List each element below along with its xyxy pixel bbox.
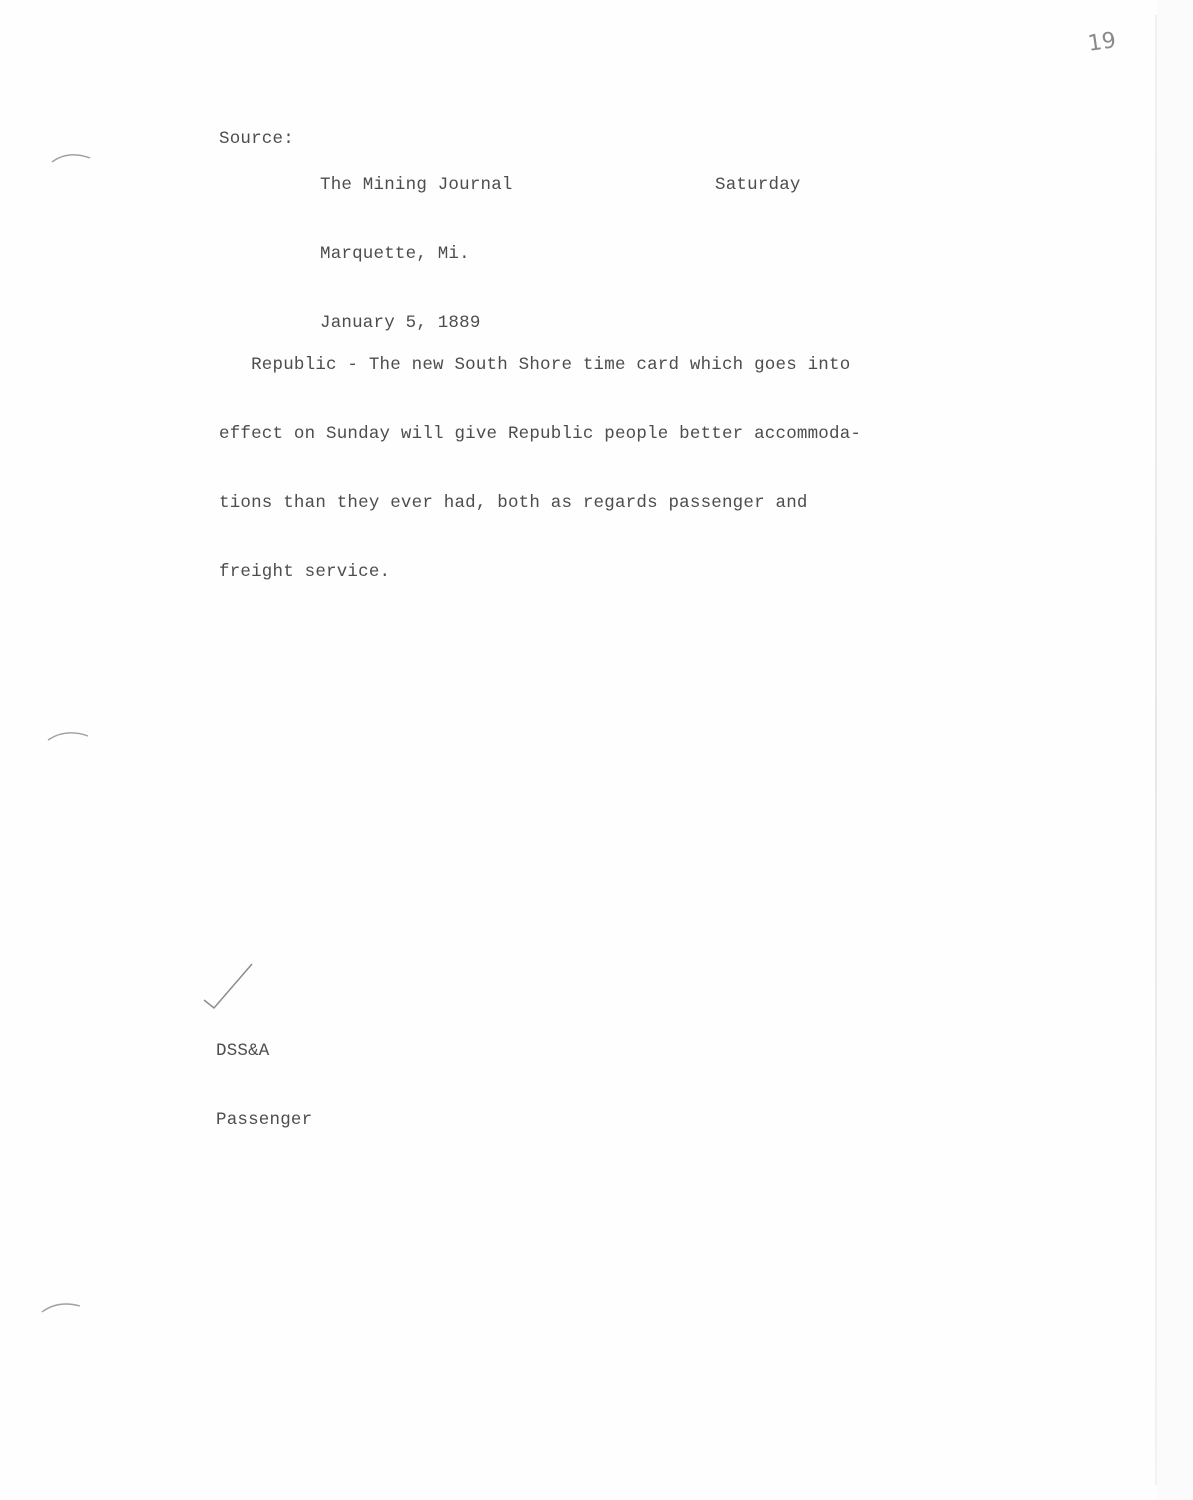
page-edge-strip [1157, 0, 1193, 1500]
document-page: 19 Source: The Mining Journal Marquette,… [0, 0, 1193, 1500]
handwritten-page-number: 19 [1086, 28, 1117, 57]
tag-railroad: DSS&A [216, 1040, 312, 1063]
page-edge-shadow [1155, 15, 1157, 1485]
source-publication: The Mining Journal [320, 174, 513, 197]
tag-subject: Passenger [216, 1109, 312, 1132]
punch-hole-mark-icon [44, 726, 90, 744]
source-location: Marquette, Mi. [320, 243, 513, 266]
source-label: Source: [219, 128, 294, 151]
category-tags: DSS&A Passenger [216, 994, 312, 1178]
article-line: effect on Sunday will give Republic peop… [219, 423, 861, 446]
punch-hole-mark-icon [38, 1298, 84, 1316]
article-line: tions than they ever had, both as regard… [219, 492, 861, 515]
article-line: Republic - The new South Shore time card… [219, 354, 861, 377]
article-body: Republic - The new South Shore time card… [219, 308, 861, 630]
punch-hole-mark-icon [48, 148, 94, 166]
article-line: freight service. [219, 561, 861, 584]
source-weekday: Saturday [715, 174, 801, 197]
